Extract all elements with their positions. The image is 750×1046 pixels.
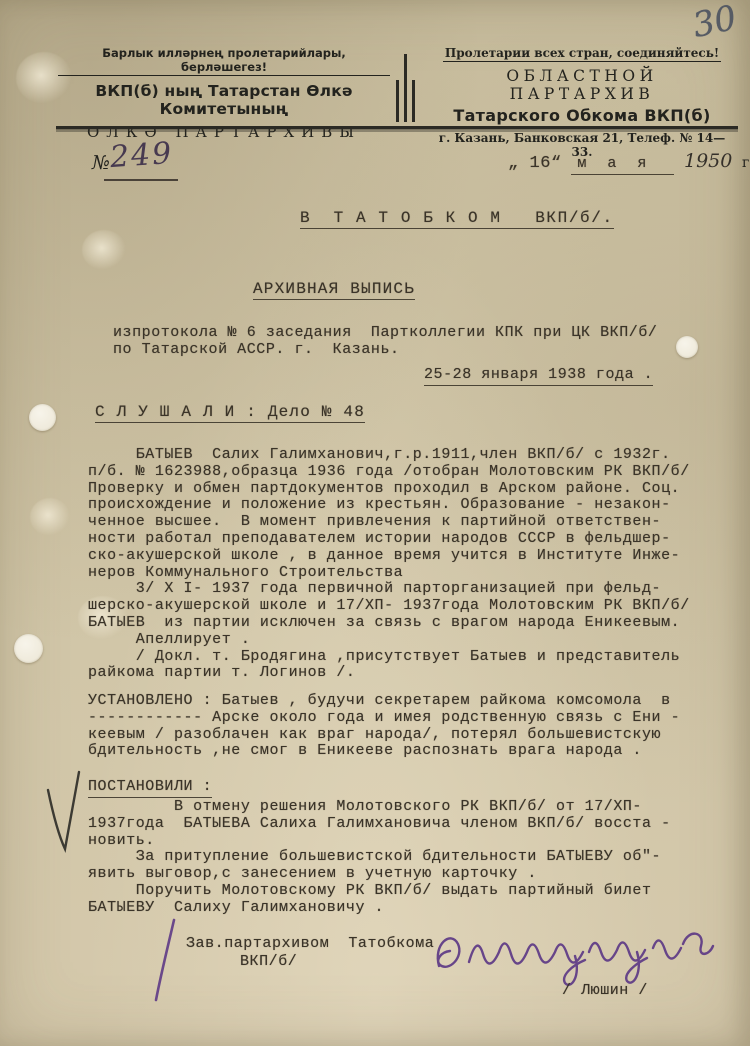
- letterhead-russian-block: Пролетарии всех стран, соединяйтесь! ОБЛ…: [432, 44, 732, 159]
- hole-punch: [14, 634, 43, 663]
- slushali-heading: С Л У Ш А Л И : Дело № 48: [95, 404, 365, 423]
- signature-role-line1: Зав.партархивом Татобкома: [186, 936, 434, 953]
- paper-crease: [30, 498, 70, 536]
- margin-checkmark: [40, 762, 88, 858]
- hole-punch: [29, 404, 56, 431]
- postanovili-heading: ПОСТАНОВИЛИ :: [88, 779, 212, 798]
- divider-bar: [412, 80, 415, 122]
- ustanovleno-body: УСТАНОВЛЕНО : Батыев , будучи секретарем…: [88, 693, 680, 760]
- signature-slash-mark: [150, 916, 180, 1004]
- paper-crease: [82, 230, 126, 270]
- russian-org-line: ОБЛАСТНОЙ ПАРТАРХИВ: [432, 67, 732, 103]
- postanovili-body: В отмену решения Молотовского РК ВКП/б/ …: [88, 799, 671, 917]
- doc-number-underline: [104, 179, 178, 181]
- tatar-org-line: ВКП(б) ның Татарстан Өлкә Комитетының: [58, 82, 390, 118]
- letterhead-divider: [393, 54, 417, 122]
- doc-date-year: 1950: [684, 150, 732, 172]
- divider-bar: [404, 54, 407, 122]
- tatar-slogan: Барлык илләрнең пролетарийлары, берләшег…: [58, 46, 390, 76]
- slash-stroke: [150, 916, 180, 1004]
- page-number-annotation: 30: [689, 0, 740, 46]
- doc-date-month: м а я: [571, 155, 674, 175]
- doc-type-title: АРХИВНАЯ ВЫПИСЬ: [253, 281, 415, 300]
- russian-slogan: Пролетарии всех стран, соединяйтесь!: [443, 46, 721, 62]
- session-date: 25-28 января 1938 года .: [424, 367, 653, 386]
- divider-bar: [396, 80, 399, 122]
- russian-org-line2: Татарского Обкома ВКП(б): [432, 106, 732, 125]
- hole-punch: [676, 336, 698, 358]
- addressee-line: В Т А Т О Б К О М ВКП/б/.: [300, 210, 614, 229]
- letterhead-rule: [56, 126, 738, 132]
- protocol-source: изпротокола № 6 заседания Партколлегии К…: [113, 325, 657, 359]
- doc-number-value: 249: [109, 136, 175, 175]
- archival-document-page: 30 Барлык илләрнең пролетарийлары, берлә…: [0, 0, 750, 1046]
- signature-role-line2: ВКП/б/: [240, 954, 297, 971]
- slushali-body: БАТЫЕВ Салих Галимханович,г.р.1911,член …: [88, 447, 690, 682]
- doc-number-label: №: [92, 152, 110, 174]
- doc-date-era: г.: [742, 155, 750, 171]
- checkmark-stroke: [40, 762, 88, 858]
- signature-typed-name: / Люшин /: [562, 983, 648, 1000]
- doc-date-day: „ 16“: [508, 154, 562, 173]
- doc-date: „ 16“ м а я 1950 г.: [508, 150, 750, 173]
